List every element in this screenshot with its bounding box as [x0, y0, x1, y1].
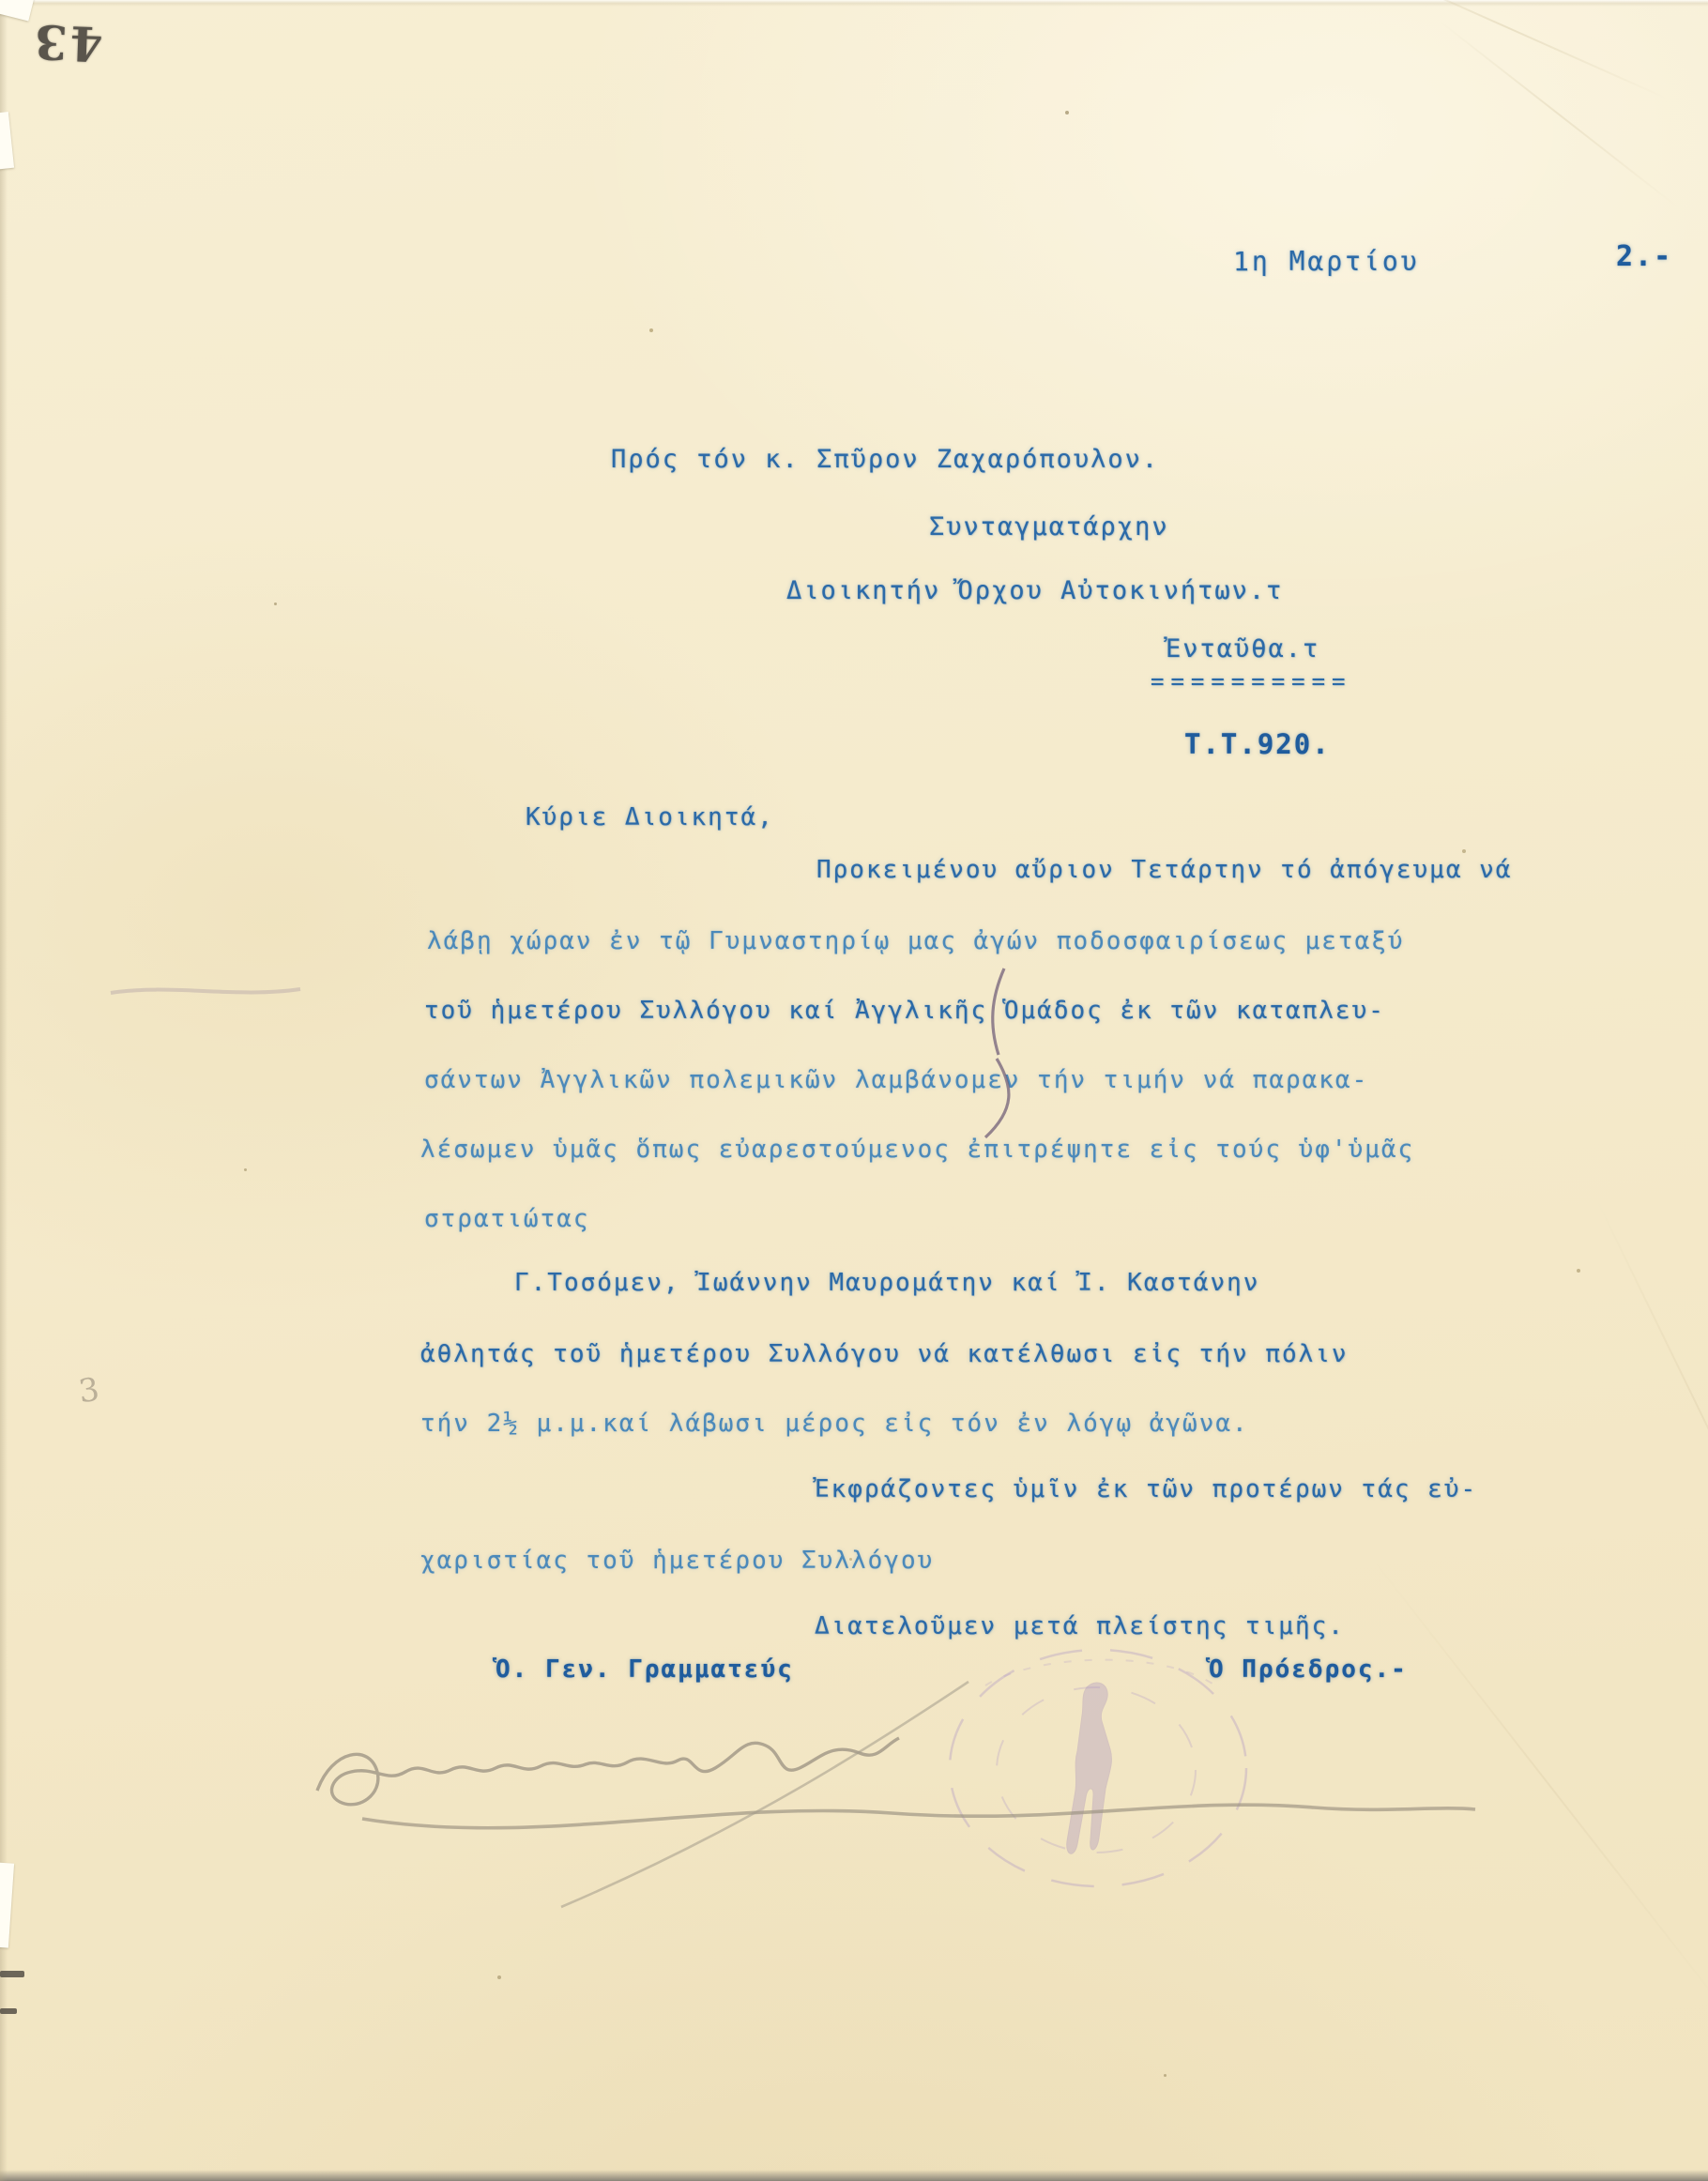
stamp-athlete-figure — [1067, 1683, 1112, 1853]
speckle — [497, 1975, 501, 1979]
speckle — [1462, 849, 1466, 853]
recipient-line: Διοικητήν Ὄρχου Αὐτοκινήτων.τ — [786, 576, 1283, 605]
stamp-inner-ring — [997, 1687, 1196, 1853]
body-line: Γ.Τοσόμεν, Ἰωάννην Μαυρομάτην καί Ἰ. Κασ… — [514, 1269, 1259, 1297]
recipient-line: Ἐνταῦθα.τ — [1166, 634, 1319, 663]
body-line: ἀθλητάς τοῦ ἡμετέρου Συλλόγου νά κατέλθω… — [420, 1340, 1349, 1368]
body-line: λέσωμεν ὑμᾶς ὅπως εὐαρεστούμενος ἐπιτρέψ… — [420, 1136, 1414, 1164]
body-line: Προκειμένου αὔριον Τετάρτην τό ἀπόγευμα … — [816, 856, 1512, 884]
secretary-title: Ὁ. Γεν. Γραμματεύς — [496, 1655, 794, 1684]
paper-crease — [1375, 1562, 1708, 2006]
president-title: Ὁ Πρόεδρος.- — [1209, 1655, 1408, 1684]
speckle — [274, 602, 277, 605]
paper-crease — [1595, 1197, 1708, 1620]
paper-tear — [0, 1862, 14, 1947]
stamp-outer-ring — [950, 1650, 1246, 1886]
signature-underline — [362, 1805, 1475, 1828]
address-underline: ========== — [1151, 668, 1352, 694]
edge-notch — [0, 2008, 17, 2014]
body-line: Ἐκφράζοντες ὑμῖν ἐκ τῶν προτέρων τάς εὐ- — [815, 1475, 1477, 1503]
paper-tear — [0, 112, 14, 170]
speckle — [244, 1168, 247, 1171]
body-line: χαριστίας τοῦ ἡμετέρου Συλλόγου — [420, 1547, 934, 1575]
speckle — [1065, 111, 1069, 114]
stamp-arc-text — [985, 1660, 1212, 1685]
paper-crease — [1356, 0, 1666, 99]
salutation: Κύριε Διοικητά, — [526, 803, 774, 831]
paper-edge-left — [0, 0, 8, 2181]
body-line: σάντων Ἀγγλικῶν πολεμικῶν λαμβάνομεν τήν… — [424, 1066, 1368, 1094]
page-number: 2.- — [1616, 240, 1672, 273]
pencil-signature — [272, 1670, 1492, 1933]
recipient-line: Συνταγματάρχην — [929, 512, 1169, 541]
archive-number-stamp: 43 — [31, 14, 104, 72]
signature-cross-stroke — [561, 1682, 968, 1907]
pencil-smudge — [111, 989, 300, 993]
body-line: τοῦ ἡμετέρου Συλλόγου καί Ἀγγλικῆς Ὁμάδο… — [424, 997, 1385, 1025]
margin-note: 3 — [76, 1371, 101, 1411]
closing-formula: Διατελοῦμεν μετά πλείστης τιμῆς. — [815, 1612, 1345, 1640]
date-line: 1η Μαρτίου — [1233, 246, 1420, 277]
body-line: στρατιώτας — [424, 1205, 590, 1233]
scanned-letter-page: 43 3 1η Μαρτίου 2.- Πρός τόν κ. Σπῦρον Ζ… — [0, 0, 1708, 2181]
paper-edge-bottom — [0, 2170, 1708, 2181]
speckle — [649, 328, 653, 332]
body-line: τήν 2½ μ.μ.καί λάβωσι μέρος εἰς τόν ἐν λ… — [420, 1410, 1249, 1438]
body-line: λάβῃ χώραν ἐν τῷ Γυμναστηρίῳ μας ἀγών πο… — [427, 927, 1405, 955]
edge-notch — [0, 1971, 24, 1977]
field-post-number: Τ.Τ.920. — [1184, 728, 1331, 760]
speckle — [1577, 1269, 1580, 1273]
signature-flourish — [317, 1738, 899, 1805]
recipient-line: Πρός τόν κ. Σπῦρον Ζαχαρόπουλον. — [611, 445, 1159, 474]
speckle — [1164, 2074, 1167, 2077]
